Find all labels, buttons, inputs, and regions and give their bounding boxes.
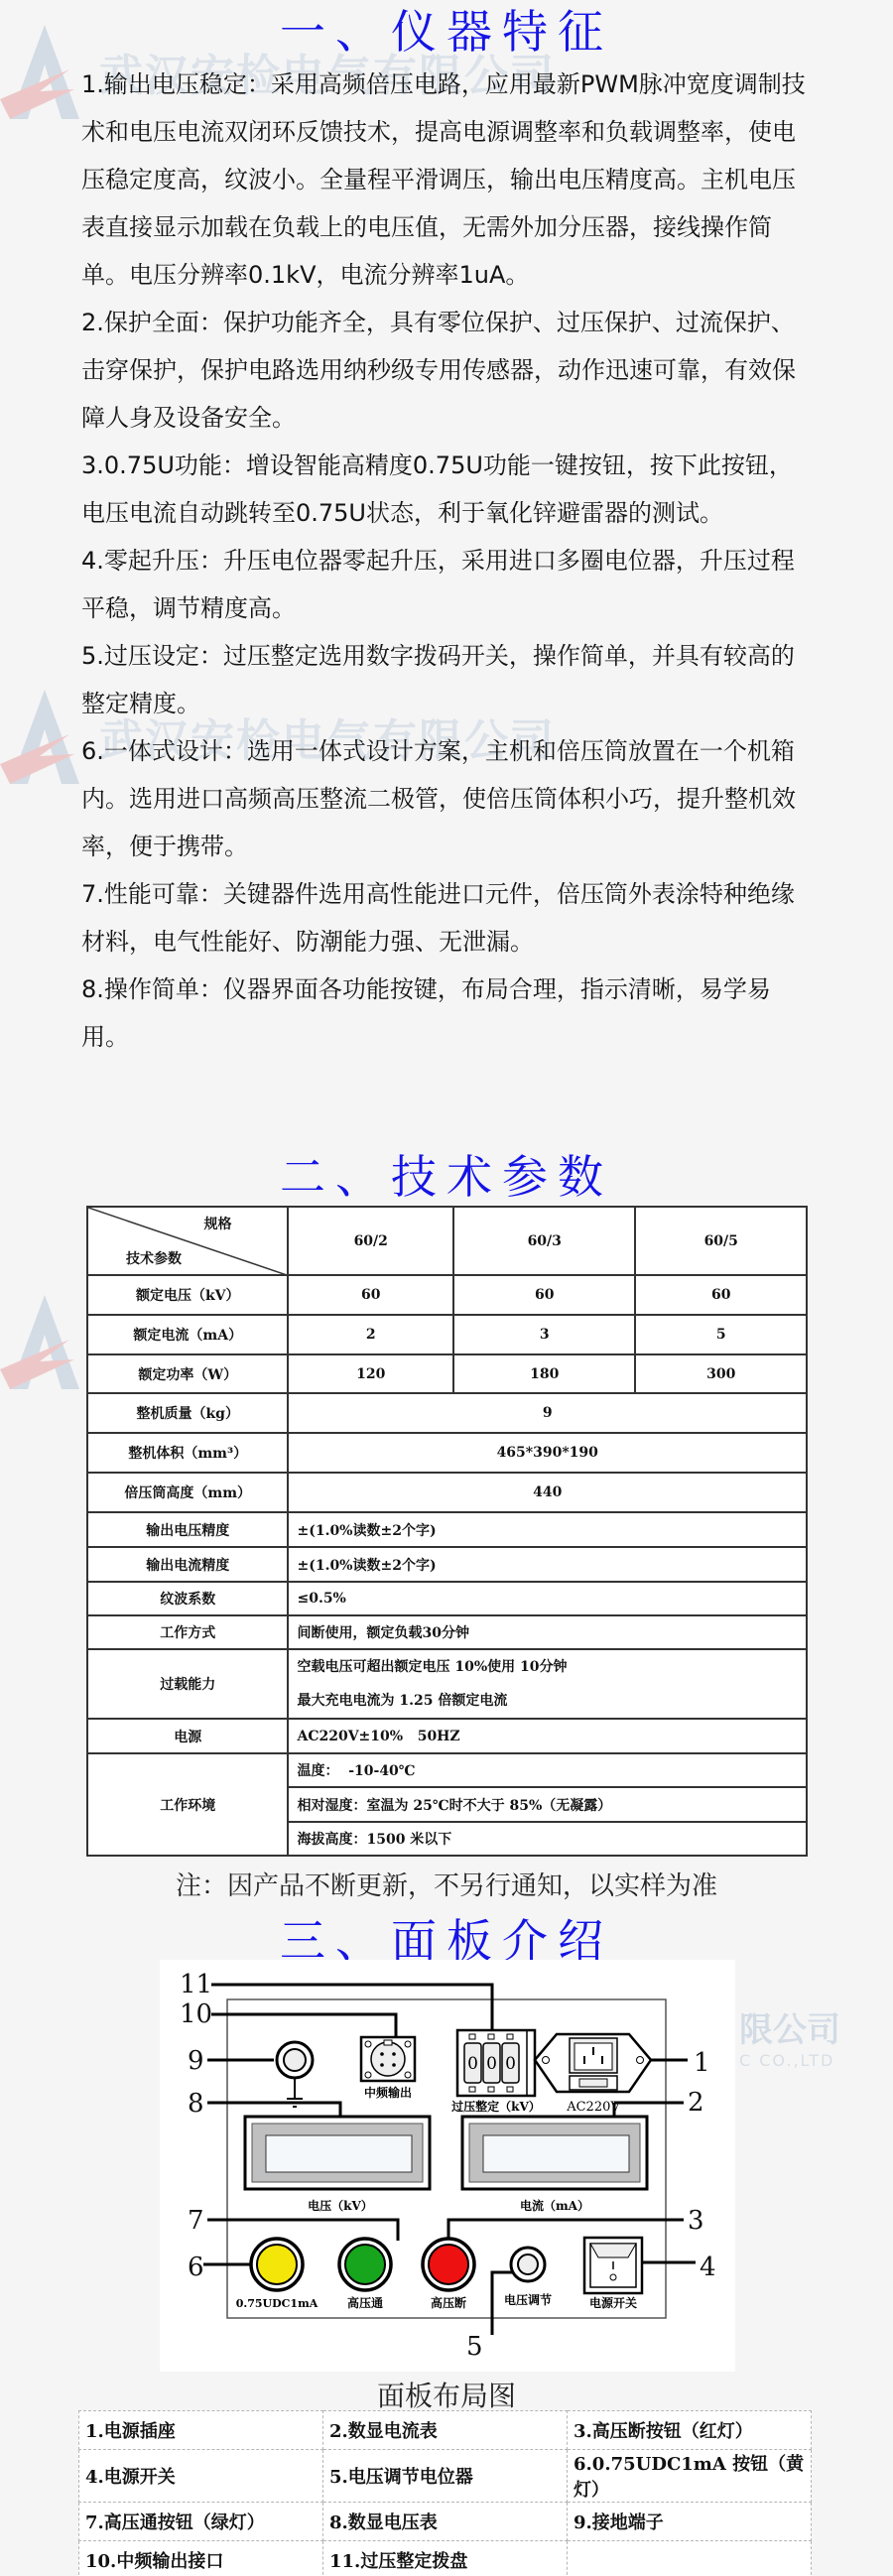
current-display-label: 电流（mA） <box>520 2198 589 2213</box>
mf-output-connector-icon <box>361 2037 415 2081</box>
callout-3: 3 <box>688 2206 704 2236</box>
table-row: 10.中频输出接口 11.过压整定拨盘 <box>79 2541 812 2576</box>
table-row: 纹波系数 ≤0.5% <box>87 1582 807 1615</box>
svg-text:0: 0 <box>486 2054 497 2074</box>
cell-value: 300 <box>635 1354 807 1393</box>
legend-item: 1.电源插座 <box>79 2411 323 2450</box>
red-hv-off-button-icon <box>423 2239 474 2290</box>
cell-value: 60 <box>288 1275 453 1315</box>
row-label: 倍压筒高度（mm） <box>87 1473 288 1512</box>
callout-2: 2 <box>688 2088 704 2118</box>
voltage-display-label: 电压（kV） <box>308 2198 373 2213</box>
power-socket-label: AC220V <box>566 2100 620 2115</box>
feature-item: 7.性能可靠：关键器件选用高性能进口元件，倍压筒外表涂特种绝缘材料，电气性能好、… <box>81 870 816 966</box>
row-label: 过载能力 <box>87 1649 288 1719</box>
table-row: 电源 AC220V±10% 50HZ <box>87 1719 807 1753</box>
legend-item: 8.数显电压表 <box>323 2503 568 2541</box>
table-row: 整机质量（kg） 9 <box>87 1393 807 1433</box>
spec-header-row: 规格 技术参数 60/2 60/3 60/5 <box>87 1207 807 1275</box>
callout-11: 11 <box>180 1970 212 1999</box>
diagonal-line <box>88 1208 290 1276</box>
row-label: 输出电压精度 <box>87 1512 288 1547</box>
voltage-knob-icon <box>511 2248 545 2281</box>
callout-10: 10 <box>180 1999 212 2029</box>
model-header: 60/2 <box>288 1207 453 1275</box>
overload-line: 空载电压可超出额定电压 10%使用 10分钟 <box>297 1650 798 1684</box>
specs-title: 二、技术参数 <box>0 1141 893 1207</box>
cell-value: 温度： -10-40℃ <box>288 1753 807 1787</box>
legend-item: 10.中频输出接口 <box>79 2541 323 2576</box>
cell-value: 间断使用，额定负载30分钟 <box>288 1615 807 1649</box>
legend-item: 9.接地端子 <box>568 2503 812 2541</box>
row-label: 整机质量（kg） <box>87 1393 288 1433</box>
legend-item: 3.高压断按钮（红灯） <box>568 2411 812 2450</box>
spec-table: 规格 技术参数 60/2 60/3 60/5 额定电压（kV） 60 60 60… <box>86 1206 808 1857</box>
company-logo-watermark <box>0 1290 89 1399</box>
row-label: 整机体积（mm³） <box>87 1433 288 1473</box>
legend-item: 6.0.75UDC1mA 按钮（黄灯） <box>568 2450 812 2503</box>
cell-value: 465*390*190 <box>288 1433 807 1473</box>
overload-line: 最大充电电流为 1.25 倍额定电流 <box>297 1684 798 1718</box>
cell-value: 2 <box>288 1315 453 1354</box>
table-row: 额定功率（W） 120 180 300 <box>87 1354 807 1393</box>
table-row: 输出电压精度 ±(1.0%读数±2个字) <box>87 1512 807 1547</box>
table-row: 4.电源开关 5.电压调节电位器 6.0.75UDC1mA 按钮（黄灯） <box>79 2450 812 2503</box>
row-label: 额定电压（kV） <box>87 1275 288 1315</box>
cell-value: 180 <box>453 1354 635 1393</box>
feature-item: 6.一体式设计：选用一体式设计方案，主机和倍压筒放置在一个机箱内。选用进口高频高… <box>81 727 816 870</box>
table-row: 7.高压通按钮（绿灯） 8.数显电压表 9.接地端子 <box>79 2503 812 2541</box>
yellow-button-label: 0.75UDC1mA <box>236 2297 319 2310</box>
row-label: 额定电流（mA） <box>87 1315 288 1354</box>
update-note: 注：因产品不断更新，不另行通知，以实样为准 <box>0 1866 893 1902</box>
feature-item: 1.输出电压稳定：采用高频倍压电路，应用最新PWM脉冲宽度调制技术和电压电流双闭… <box>81 61 816 299</box>
legend-item: 11.过压整定拨盘 <box>323 2541 568 2576</box>
power-socket-icon <box>535 2034 651 2092</box>
svg-text:0: 0 <box>467 2054 478 2074</box>
row-label: 额定功率（W） <box>87 1354 288 1393</box>
cell-value: 相对湿度：室温为 25℃时不大于 85%（无凝露） <box>288 1787 807 1822</box>
cell-value: ±(1.0%读数±2个字) <box>288 1547 807 1582</box>
row-label: 工作环境 <box>87 1753 288 1856</box>
voltage-display-icon <box>245 2117 430 2189</box>
feature-item: 2.保护全面：保护功能齐全，具有零位保护、过压保护、过流保护、击穿保护，保护电路… <box>81 299 816 442</box>
table-row: 整机体积（mm³） 465*390*190 <box>87 1433 807 1473</box>
table-row: 额定电流（mA） 2 3 5 <box>87 1315 807 1354</box>
yellow-075u-button-icon <box>251 2239 303 2290</box>
green-hv-on-button-icon <box>339 2239 391 2290</box>
cell-value: 空载电压可超出额定电压 10%使用 10分钟 最大充电电流为 1.25 倍额定电… <box>288 1649 807 1719</box>
cell-value: ±(1.0%读数±2个字) <box>288 1512 807 1547</box>
callout-8: 8 <box>188 2089 204 2119</box>
cell-value: 海拔高度：1500 米以下 <box>288 1822 807 1856</box>
callout-9: 9 <box>188 2046 204 2076</box>
company-logo-icon <box>0 1290 89 1399</box>
legend-item: 5.电压调节电位器 <box>323 2450 568 2503</box>
callout-7: 7 <box>188 2206 204 2236</box>
spec-header-label: 规格 <box>203 1214 231 1233</box>
watermark-fragment: 限公司 C CO.,LTD <box>739 2002 840 2070</box>
panel-drawing: 11 10 9 8 7 6 1 2 3 4 5 <box>160 1960 735 2372</box>
legend-item <box>568 2541 812 2576</box>
callout-6: 6 <box>188 2253 204 2282</box>
row-label: 工作方式 <box>87 1615 288 1649</box>
param-header-label: 技术参数 <box>126 1248 182 1268</box>
voltage-knob-label: 电压调节 <box>504 2292 552 2307</box>
cell-value: ≤0.5% <box>288 1582 807 1615</box>
power-switch-icon <box>584 2238 642 2293</box>
cell-value: AC220V±10% 50HZ <box>288 1719 807 1753</box>
feature-item: 3.0.75U功能：增设智能高精度0.75U功能一键按钮，按下此按钮，电压电流自… <box>81 442 816 537</box>
feature-item: 5.过压设定：过压整定选用数字拨码开关，操作简单，并具有较高的整定精度。 <box>81 632 816 727</box>
table-row: 过载能力 空载电压可超出额定电压 10%使用 10分钟 最大充电电流为 1.25… <box>87 1649 807 1719</box>
table-row: 额定电压（kV） 60 60 60 <box>87 1275 807 1315</box>
legend-item: 4.电源开关 <box>79 2450 323 2503</box>
table-row: 倍压筒高度（mm） 440 <box>87 1473 807 1512</box>
model-header: 60/5 <box>635 1207 807 1275</box>
overvoltage-dial-label: 过压整定（kV） <box>451 2099 541 2114</box>
feature-item: 8.操作简单：仪器界面各功能按键，布局合理，指示清晰，易学易用。 <box>81 966 816 1061</box>
features-title: 一、仪器特征 <box>0 0 893 62</box>
callout-4: 4 <box>700 2253 716 2282</box>
mf-output-label: 中频输出 <box>364 2085 412 2100</box>
callout-5: 5 <box>466 2332 483 2362</box>
panel-legend-table: 1.电源插座 2.数显电流表 3.高压断按钮（红灯） 4.电源开关 5.电压调节… <box>78 2410 812 2576</box>
overvoltage-dial-icon: 0 0 0 <box>457 2030 535 2096</box>
table-row: 1.电源插座 2.数显电流表 3.高压断按钮（红灯） <box>79 2411 812 2450</box>
legend-item: 7.高压通按钮（绿灯） <box>79 2503 323 2541</box>
diagonal-header-cell: 规格 技术参数 <box>87 1207 288 1275</box>
callout-1: 1 <box>694 2048 710 2078</box>
legend-item: 2.数显电流表 <box>323 2411 568 2450</box>
features-list: 1.输出电压稳定：采用高频倍压电路，应用最新PWM脉冲宽度调制技术和电压电流双闭… <box>81 61 816 1061</box>
cell-value: 3 <box>453 1315 635 1354</box>
cell-value: 440 <box>288 1473 807 1512</box>
cell-value: 120 <box>288 1354 453 1393</box>
current-display-icon <box>462 2117 647 2189</box>
panel-diagram: 11 10 9 8 7 6 1 2 3 4 5 <box>160 1960 735 2372</box>
row-label: 纹波系数 <box>87 1582 288 1615</box>
model-header: 60/3 <box>453 1207 635 1275</box>
row-label: 电源 <box>87 1719 288 1753</box>
svg-text:0: 0 <box>505 2054 516 2074</box>
red-button-label: 高压断 <box>431 2295 466 2310</box>
table-row: 输出电流精度 ±(1.0%读数±2个字) <box>87 1547 807 1582</box>
table-row: 工作方式 间断使用，额定负载30分钟 <box>87 1615 807 1649</box>
diagram-caption: 面板布局图 <box>0 2375 893 2414</box>
power-switch-label: 电源开关 <box>589 2295 637 2310</box>
cell-value: 9 <box>288 1393 807 1433</box>
row-label: 输出电流精度 <box>87 1547 288 1582</box>
company-logo-icon <box>0 685 89 794</box>
cell-value: 60 <box>453 1275 635 1315</box>
table-row: 工作环境 温度： -10-40℃ <box>87 1753 807 1787</box>
cell-value: 60 <box>635 1275 807 1315</box>
green-button-label: 高压通 <box>347 2295 383 2310</box>
cell-value: 5 <box>635 1315 807 1354</box>
feature-item: 4.零起升压：升压电位器零起升压，采用进口多圈电位器，升压过程平稳，调节精度高。 <box>81 537 816 632</box>
